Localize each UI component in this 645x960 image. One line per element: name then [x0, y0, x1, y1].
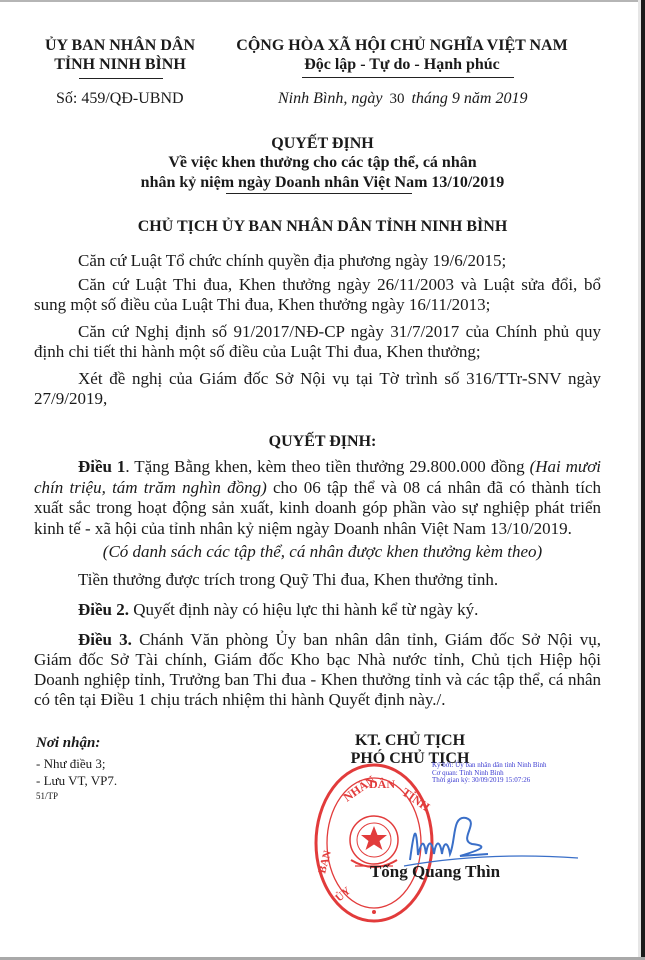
header-left-underline [79, 78, 163, 79]
article-2-label: Điều 2. [78, 600, 129, 619]
svg-text:DÂN: DÂN [369, 777, 395, 791]
preamble-2: Căn cứ Luật Thi đua, Khen thưởng ngày 26… [34, 275, 601, 315]
recipients-heading: Nơi nhận: [36, 735, 100, 752]
authority-heading: CHỦ TỊCH ỦY BAN NHÂN DÂN TỈNH NINH BÌNH [0, 218, 645, 236]
document-number: Số: 459/QĐ-UBND [56, 90, 184, 108]
digital-signature-info: Ký bởi: Ủy ban nhân dân tỉnh Ninh Bình C… [432, 762, 547, 785]
subject-underline [226, 193, 412, 194]
handwritten-signature-icon [400, 810, 580, 870]
motto-underline [302, 77, 514, 78]
article-3-label: Điều 3. [78, 630, 132, 649]
preamble-1: Căn cứ Luật Tổ chức chính quyền địa phươ… [34, 251, 601, 271]
document-subject-line2: nhân kỷ niệm ngày Doanh nhân Việt Nam 13… [0, 174, 645, 192]
article-1-funding: Tiền thưởng được trích trong Quỹ Thi đua… [34, 570, 601, 590]
document-title: QUYẾT ĐỊNH [0, 135, 645, 153]
signer-name: Tống Quang Thìn [360, 862, 510, 882]
article-1-attachment-note: (Có danh sách các tập thể, cá nhân được … [0, 542, 645, 562]
signature-title-line1: KT. CHỦ TỊCH [340, 732, 480, 750]
recipient-item: - Lưu VT, VP7. [36, 773, 117, 789]
digital-sig-time: Thời gian ký: 30/09/2019 15:07:26 [432, 777, 547, 785]
date-day: 30 [389, 91, 404, 107]
article-2: Điều 2. Quyết định này có hiệu lực thi h… [34, 600, 601, 620]
decision-heading: QUYẾT ĐỊNH: [0, 433, 645, 451]
preamble-4: Xét đề nghị của Giám đốc Sở Nội vụ tại T… [34, 369, 601, 409]
page-border-top [0, 0, 645, 2]
national-motto: Độc lập - Tự do - Hạnh phúc [232, 56, 572, 74]
article-1-label: Điều 1 [78, 457, 125, 476]
document-subject-line1: Về việc khen thưởng cho các tập thể, cá … [0, 154, 645, 172]
recipient-item: - Như điều 3; [36, 756, 106, 772]
date-prefix: Ninh Bình, ngày [278, 90, 382, 107]
national-title: CỘNG HÒA XÃ HỘI CHỦ NGHĨA VIỆT NAM [232, 37, 572, 55]
preamble-3: Căn cứ Nghị định số 91/2017/NĐ-CP ngày 3… [34, 322, 601, 362]
issue-date: Ninh Bình, ngày 30 tháng 9 năm 2019 [278, 90, 527, 108]
article-1: Điều 1. Tặng Bằng khen, kèm theo tiền th… [34, 457, 601, 539]
issuing-body-line2: TỈNH NINH BÌNH [30, 56, 210, 74]
date-suffix: tháng 9 năm 2019 [411, 90, 527, 107]
article-3: Điều 3. Chánh Văn phòng Ủy ban nhân dân … [34, 630, 601, 710]
issuing-body-line1: ỦY BAN NHÂN DÂN [30, 37, 210, 55]
recipients-code: 51/TP [36, 791, 58, 801]
